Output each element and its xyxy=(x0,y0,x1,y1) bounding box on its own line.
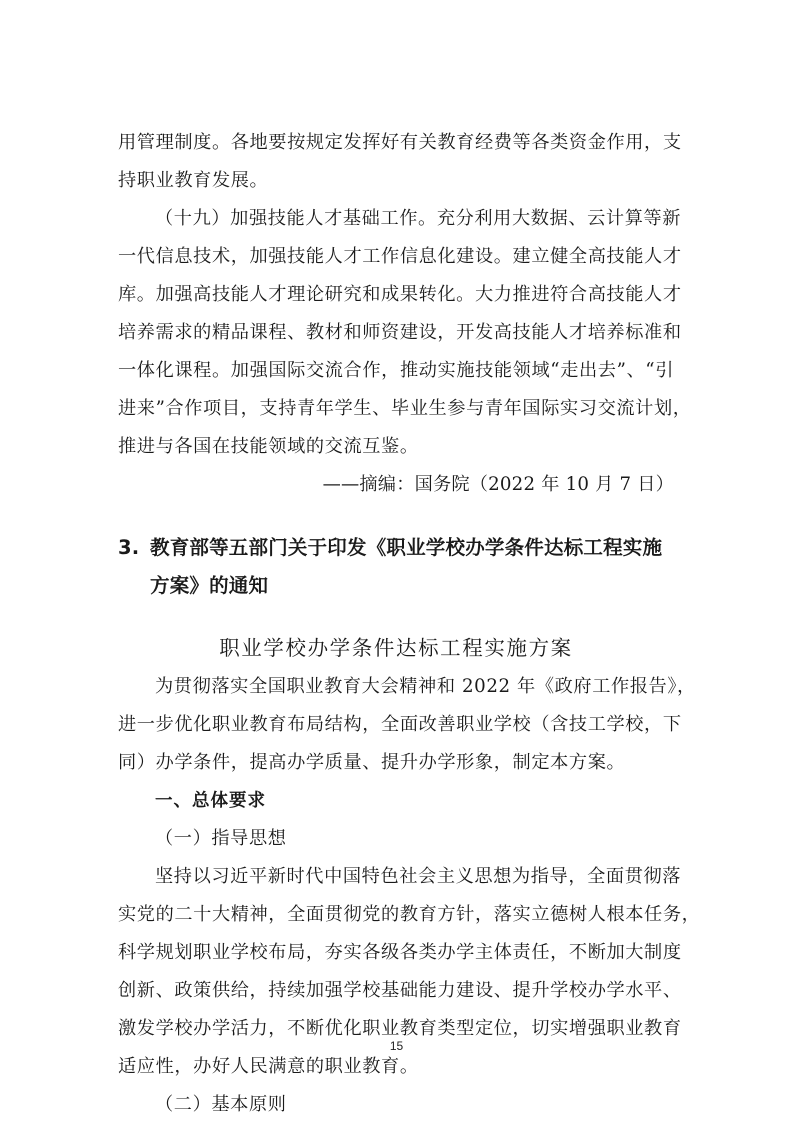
section-heading: 3.教育部等五部门关于印发《职业学校办学条件达标工程实施 xyxy=(118,536,674,560)
paragraph-line: 同）办学条件，提高办学质量、提升办学形象，制定本方案。 xyxy=(118,751,674,775)
subsection-heading: （一）指导思想 xyxy=(118,827,674,851)
subsection-heading: （二）基本原则 xyxy=(118,1093,674,1117)
paragraph-line: 库。加强高技能人才理论研究和成果转化。大力推进符合高技能人才 xyxy=(118,283,674,307)
paragraph-line: 坚持以习近平新时代中国特色社会主义思想为指导，全面贯彻落 xyxy=(118,865,674,889)
paragraph-line: 用管理制度。各地要按规定发挥好有关教育经费等各类资金作用，支 xyxy=(118,131,674,155)
paragraph-line: 持职业教育发展。 xyxy=(118,169,674,193)
paragraph-line: 进一步优化职业教育布局结构，全面改善职业学校（含技工学校，下 xyxy=(118,713,674,737)
paragraph-line: 进来”合作项目，支持青年学生、毕业生参与青年国际实习交流计划， xyxy=(118,397,674,421)
paragraph-line: 实党的二十大精神，全面贯彻党的教育方针，落实立德树人根本任务， xyxy=(118,903,674,927)
paragraph-line: 推进与各国在技能领域的交流互鉴。 xyxy=(118,435,674,459)
paragraph-line: 一代信息技术，加强技能人才工作信息化建设。建立健全高技能人才 xyxy=(118,245,674,269)
section-heading-text: 教育部等五部门关于印发《职业学校办学条件达标工程实施 xyxy=(150,536,662,559)
doc-title: 职业学校办学条件达标工程实施方案 xyxy=(118,636,674,660)
paragraph-line: 一体化课程。加强国际交流合作，推动实施技能领域“走出去”、“引 xyxy=(118,359,674,383)
paragraph-line: 激发学校办学活力，不断优化职业教育类型定位，切实增强职业教育 xyxy=(118,1017,674,1041)
page-number: 15 xyxy=(0,1039,793,1053)
section-heading-continuation: 方案》的通知 xyxy=(118,574,674,598)
part-heading: 一、总体要求 xyxy=(118,789,674,813)
section-number: 3. xyxy=(118,536,150,560)
paragraph-line: 培养需求的精品课程、教材和师资建设，开发高技能人才培养标准和 xyxy=(118,321,674,345)
source-attribution: ——摘编：国务院（2022 年 10 月 7 日） xyxy=(118,473,674,497)
item-19-heading-line: （十九）加强技能人才基础工作。充分利用大数据、云计算等新 xyxy=(118,207,674,231)
paragraph-line: 科学规划职业学校布局，夯实各级各类办学主体责任，不断加大制度 xyxy=(118,941,674,965)
paragraph-line: 创新、政策供给，持续加强学校基础能力建设、提升学校办学水平、 xyxy=(118,979,674,1003)
paragraph-line: 适应性，办好人民满意的职业教育。 xyxy=(118,1055,674,1079)
paragraph-line: 为贯彻落实全国职业教育大会精神和 2022 年《政府工作报告》， xyxy=(118,675,674,699)
